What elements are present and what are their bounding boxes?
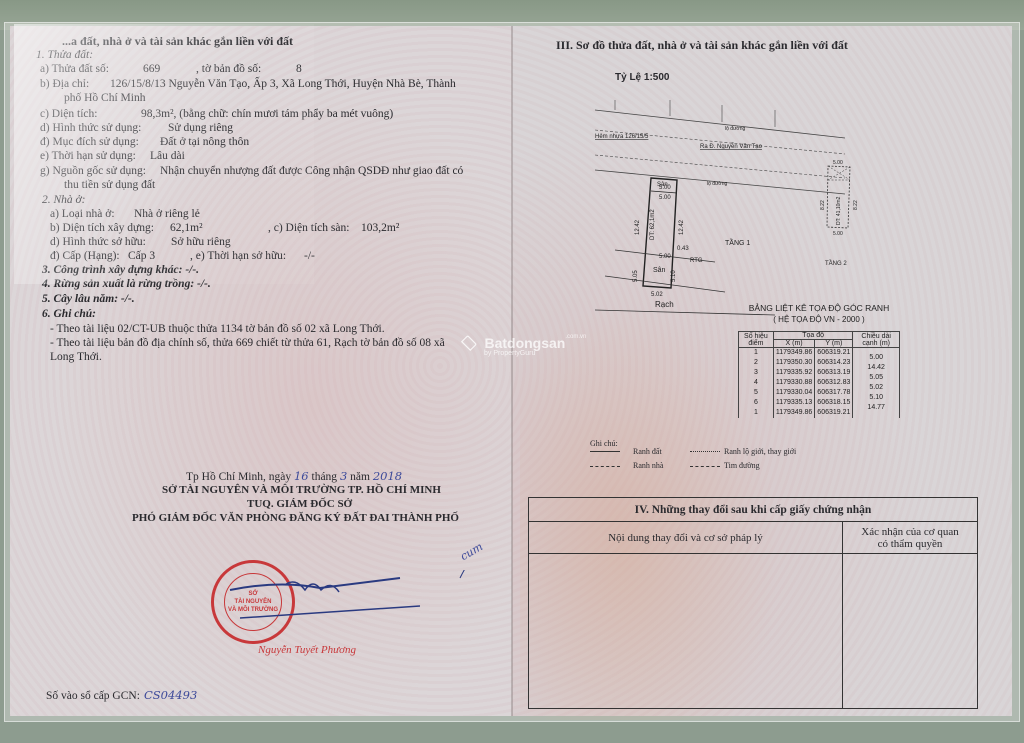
legend-item-2: Ranh lộ giới, thay giới (724, 445, 796, 459)
signature-strokes (200, 570, 500, 650)
area-label: c) Diện tích: (40, 107, 97, 121)
build-area-value: 62,1m² (170, 221, 203, 235)
parcel-number: 669 (143, 62, 160, 76)
svg-text:8.22: 8.22 (820, 200, 826, 210)
coord-point: 5 (739, 388, 774, 398)
signer-position: PHÓ GIÁM ĐỐC VĂN PHÒNG ĐĂNG KÝ ĐẤT ĐAI T… (132, 511, 459, 525)
changes-title: IV. Những thay đổi sau khi cấp giấy chứn… (529, 498, 978, 522)
changes-col-2: Xác nhận của cơ quan có thẩm quyền (843, 522, 978, 554)
year-label: năm (350, 471, 370, 483)
col-y: Y (m) (815, 340, 853, 348)
perennial: 5. Cây lâu năm: -/-. (42, 292, 135, 306)
coord-x: 1179350.30 (773, 358, 814, 368)
ownership-label: d) Hình thức sở hữu: (50, 235, 146, 249)
svg-text:RTG: RTG (690, 258, 703, 264)
purpose-value: Đất ở tại nông thôn (160, 135, 249, 149)
sign-day: 16 (294, 469, 309, 483)
legend-item-4: Tim đường (724, 459, 760, 473)
legend-title: Ghi chú: (590, 437, 618, 451)
coord-y: 606314.23 (815, 358, 853, 368)
registry-number: CS04493 (144, 688, 197, 702)
legend-line-dotted (690, 451, 720, 452)
map-sheet-label: , tờ bản đồ số: (196, 62, 261, 76)
other-works: 3. Công trình xây dựng khác: -/-. (42, 263, 199, 277)
coord-length: 14.77 (853, 403, 900, 413)
coord-length: 5.10 (853, 393, 900, 403)
map-sheet-number: 8 (296, 62, 302, 76)
coord-x: 1179335.92 (773, 368, 814, 378)
svg-text:DT: 62,1m2: DT: 62,1m2 (650, 209, 656, 240)
coord-length: 5.00 (853, 353, 900, 363)
col-point: Số hiệu điểm (739, 332, 774, 348)
changes-col-2-line-2: có thẩm quyền (843, 538, 977, 550)
sign-month: 3 (340, 469, 347, 483)
own-term-value: -/- (304, 249, 315, 263)
forest: 4. Rừng sản xuất là rừng trồng: -/-. (42, 277, 211, 291)
svg-text:12.42: 12.42 (635, 219, 641, 235)
coord-y: 606312.83 (815, 378, 853, 388)
coord-point: 1 (739, 408, 774, 418)
signer-name: Nguyễn Tuyết Phương (258, 643, 356, 657)
coord-table-title: BẢNG LIỆT KÊ TỌA ĐỘ GÓC RANH (738, 303, 900, 313)
svg-text:TẦNG 2: TẦNG 2 (825, 260, 847, 267)
grade-value: Cấp 3 (128, 249, 155, 263)
coord-length: 5.02 (853, 383, 900, 393)
own-term-label: , e) Thời hạn sở hữu: (190, 249, 286, 263)
coord-y: 606313.19 (815, 368, 853, 378)
coord-length: 14.42 (853, 363, 900, 373)
coord-x: 1179330.88 (773, 378, 814, 388)
coord-table-subtitle: ( HỆ TỌA ĐỘ VN - 2000 ) (738, 315, 900, 324)
watermark-logo-icon (461, 335, 477, 351)
coord-x: 1179330.04 (773, 388, 814, 398)
month-label: tháng (312, 471, 338, 483)
legend-item-1: Ranh đất (633, 445, 662, 459)
parcel-label: a) Thửa đất số: (40, 62, 109, 76)
coord-length: 5.05 (853, 373, 900, 383)
term-label: e) Thời hạn sử dụng: (40, 149, 136, 163)
address-line-1: 126/15/8/13 Nguyễn Văn Tạo, Ấp 3, Xã Lon… (110, 77, 456, 91)
house-heading: 2. Nhà ở: (42, 193, 86, 207)
legend-item-3: Ranh nhà (633, 459, 663, 473)
legend-line-solid (590, 451, 620, 452)
house-type-label: a) Loại nhà ở: (50, 207, 115, 221)
svg-text:8.22: 8.22 (853, 200, 859, 210)
svg-text:5.10: 5.10 (671, 270, 677, 282)
svg-text:5.00: 5.00 (659, 254, 671, 260)
svg-text:Ra Đ. Nguyễn Văn Tạo: Ra Đ. Nguyễn Văn Tạo (700, 143, 763, 150)
use-form-value: Sử dụng riêng (168, 121, 233, 135)
notes-heading: 6. Ghi chú: (42, 307, 96, 321)
watermark-brand: Batdongsan (484, 335, 565, 351)
svg-text:DT: 41,10m2: DT: 41,10m2 (836, 196, 842, 225)
svg-text:lộ đường: lộ đường (725, 126, 745, 132)
svg-text:5.00: 5.00 (833, 231, 843, 237)
coord-y: 606319.21 (815, 408, 853, 418)
registry-label: Số vào sổ cấp GCN: (46, 689, 140, 703)
svg-text:Rạch: Rạch (655, 300, 674, 309)
coord-length (853, 343, 900, 354)
legend-line-dashed (590, 466, 620, 467)
changes-table: IV. Những thay đổi sau khi cấp giấy chứn… (528, 497, 978, 709)
svg-text:Sân: Sân (653, 267, 666, 274)
svg-text:5.05: 5.05 (633, 270, 639, 282)
coord-x: 1179349.86 (773, 348, 814, 359)
purpose-label: đ) Mục đích sử dụng: (40, 135, 139, 149)
legend-line-dashdot (690, 466, 720, 467)
coord-point: 3 (739, 368, 774, 378)
place-date-prefix: Tp Hồ Chí Minh, ngày (186, 471, 291, 483)
coord-x: 1179349.86 (773, 408, 814, 418)
col-coord: Tọa độ (773, 332, 853, 340)
svg-text:5.00: 5.00 (659, 195, 671, 201)
area-value: 98,3m², (bằng chữ: chín mươi tám phẩy ba… (141, 107, 393, 121)
note-3: Long Thới. (50, 350, 102, 364)
land-heading: 1. Thửa đất: (36, 48, 93, 62)
origin-line-1: Nhận chuyển nhượng đất được Công nhận QS… (160, 164, 463, 178)
floor-area-label: , c) Diện tích sàn: (268, 221, 349, 235)
left-section-title: ...a đất, nhà ở và tài sản khác gắn liền… (62, 34, 293, 48)
coord-y: 606319.21 (815, 348, 853, 359)
origin-line-2: thu tiền sử dụng đất (64, 178, 155, 192)
coord-row: 11179349.86606319.2114.77 (739, 408, 900, 418)
coordinate-table: Số hiệu điểm Tọa độ Chiều dài cạnh (m) X… (738, 331, 900, 418)
plot-diagram: 5.00 5.00 DT: 62,1m2 12.42 12.42 5.00 0.… (575, 100, 915, 320)
coord-y: 606318.15 (815, 398, 853, 408)
svg-text:TẦNG 1: TẦNG 1 (725, 237, 750, 247)
floor-area-value: 103,2m² (361, 221, 399, 235)
build-area-label: b) Diện tích xây dựng: (50, 221, 154, 235)
use-form-label: d) Hình thức sử dụng: (40, 121, 141, 135)
on-behalf: TUQ. GIÁM ĐỐC SỞ (247, 497, 352, 511)
address-line-2: phố Hồ Chí Minh (64, 91, 145, 105)
address-label: b) Địa chỉ: (40, 77, 89, 91)
note-2: - Theo tài liệu bản đồ địa chính số, thử… (50, 336, 445, 350)
changes-col-2-line-1: Xác nhận của cơ quan (843, 526, 977, 538)
col-x: X (m) (773, 340, 814, 348)
coord-point: 4 (739, 378, 774, 388)
coord-point: 6 (739, 398, 774, 408)
watermark-sub: by PropertyGuru (484, 350, 586, 357)
grade-label: đ) Cấp (Hạng): (50, 249, 120, 263)
agency-name: SỞ TÀI NGUYÊN VÀ MÔI TRƯỜNG TP. HỒ CHÍ M… (162, 483, 441, 497)
svg-text:lộ đường: lộ đường (707, 181, 727, 187)
place-date: Tp Hồ Chí Minh, ngày 16 tháng 3 năm 2018 (186, 469, 402, 484)
note-1: - Theo tài liệu 02/CT-UB thuộc thửa 1134… (50, 322, 385, 336)
house-type-value: Nhà ở riêng lẻ (134, 207, 200, 221)
changes-col-1: Nội dung thay đổi và cơ sở pháp lý (529, 522, 843, 554)
svg-text:Sân: Sân (657, 182, 668, 188)
origin-label: g) Nguồn gốc sử dụng: (40, 164, 146, 178)
sign-year: 2018 (373, 469, 402, 483)
right-section-title: III. Sơ đồ thửa đất, nhà ở và tài sản kh… (556, 38, 848, 52)
svg-text:0.43: 0.43 (677, 246, 689, 252)
svg-text:12.42: 12.42 (679, 219, 685, 235)
ownership-value: Sở hữu riêng (171, 235, 231, 249)
coord-point: 2 (739, 358, 774, 368)
svg-text:5.00: 5.00 (833, 160, 843, 166)
coord-y: 606317.78 (815, 388, 853, 398)
coord-point: 1 (739, 348, 774, 359)
watermark-suffix: .com.vn (565, 334, 586, 340)
coord-x: 1179335.13 (773, 398, 814, 408)
svg-text:5.02: 5.02 (651, 292, 663, 298)
changes-confirm-cell (843, 554, 978, 709)
page-fold (511, 26, 513, 716)
watermark: Batdongsan.com.vn by PropertyGuru (458, 334, 586, 357)
term-value: Lâu dài (150, 149, 185, 163)
svg-text:Hẻm nhựa 126/15/5: Hẻm nhựa 126/15/5 (595, 134, 649, 140)
scale-label: Tỷ Lệ 1:500 (615, 71, 669, 85)
changes-content-cell (529, 554, 843, 709)
